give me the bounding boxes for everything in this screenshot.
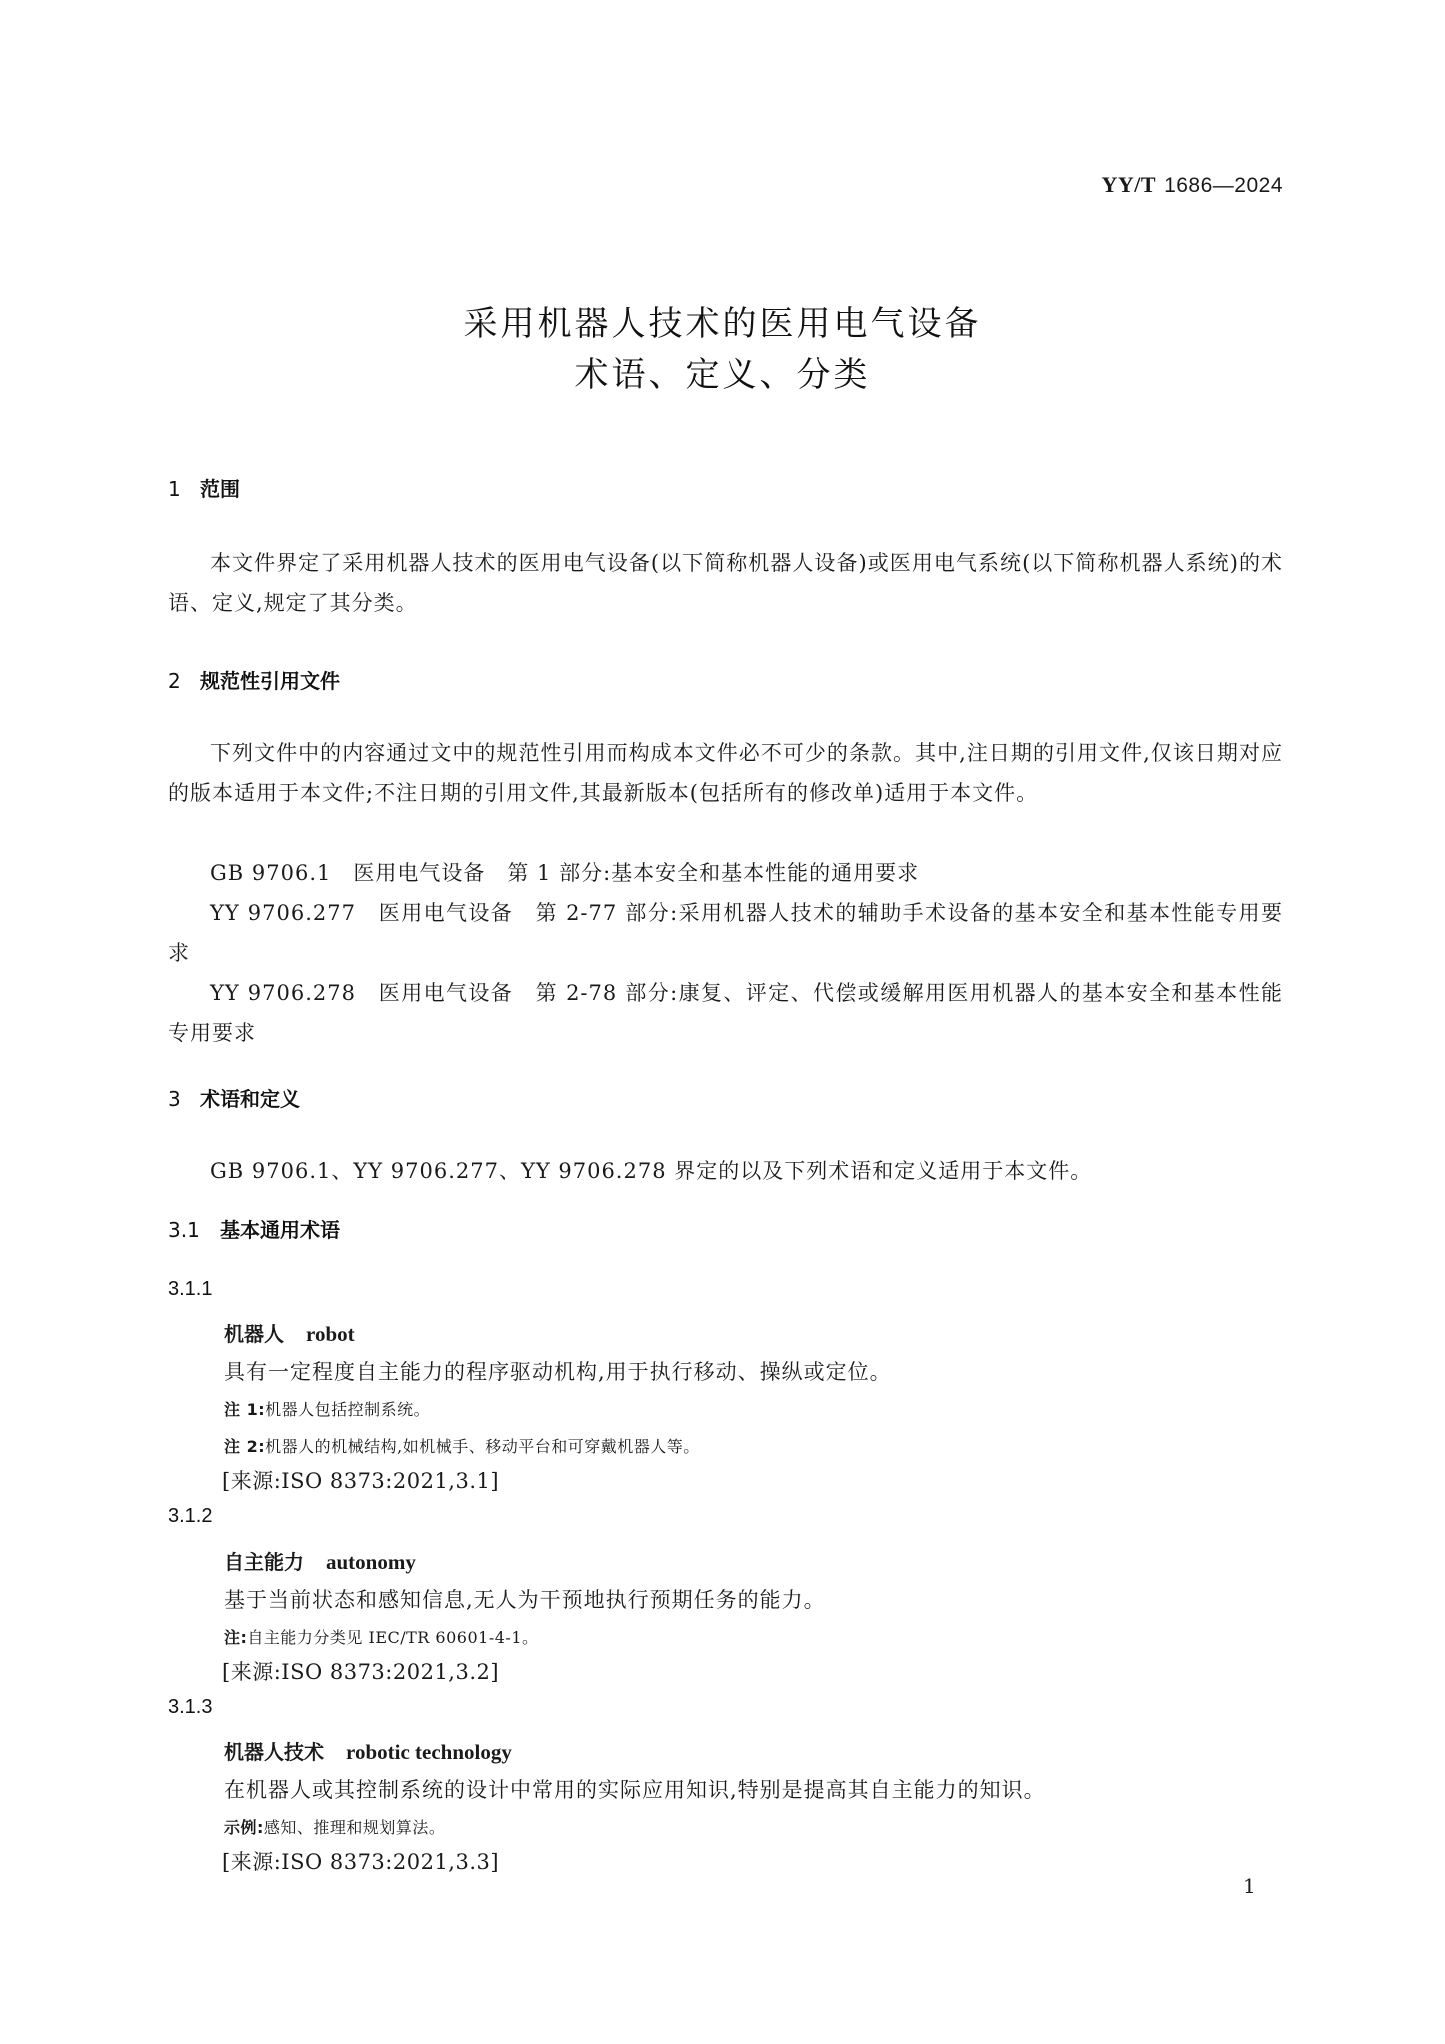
note-label: 注 1:	[224, 1400, 265, 1419]
term-note: 注 1:机器人包括控制系统。	[224, 1397, 430, 1420]
term-title: 机器人技术robotic technology	[224, 1736, 512, 1765]
document-page: YY/T1686—2024 采用机器人技术的医用电气设备 术语、定义、分类 1范…	[0, 0, 1445, 2044]
term-definition: 具有一定程度自主能力的程序驱动机构,用于执行移动、操纵或定位。	[224, 1356, 892, 1386]
term-number: 3.1.3	[168, 1696, 212, 1719]
term-source: [来源:ISO 8373:2021,3.1]	[222, 1465, 499, 1495]
terms-intro-paragraph: GB 9706.1、YY 9706.277、YY 9706.278 界定的以及下…	[168, 1151, 1283, 1191]
scope-paragraph: 本文件界定了采用机器人技术的医用电气设备(以下简称机器人设备)或医用电气系统(以…	[168, 543, 1283, 623]
section-number: 2	[168, 669, 200, 693]
note-text: 自主能力分类见 IEC/TR 60601-4-1。	[247, 1628, 538, 1647]
section-number: 3	[168, 1087, 200, 1111]
document-title: 采用机器人技术的医用电气设备	[0, 296, 1445, 345]
term-example: 示例:感知、推理和规划算法。	[224, 1815, 445, 1838]
references-paragraph: 下列文件中的内容通过文中的规范性引用而构成本文件必不可少的条款。其中,注日期的引…	[168, 733, 1283, 813]
term-title: 自主能力autonomy	[224, 1546, 416, 1575]
term-note: 注 2:机器人的机械结构,如机械手、移动平台和可穿戴机器人等。	[224, 1434, 700, 1457]
term-definition: 基于当前状态和感知信息,无人为干预地执行预期任务的能力。	[224, 1584, 826, 1614]
term-title: 机器人robot	[224, 1318, 355, 1347]
subsection-number: 3.1	[168, 1218, 220, 1242]
section-title: 规范性引用文件	[200, 669, 340, 693]
term-number: 3.1.2	[168, 1505, 212, 1528]
term-zh: 机器人	[224, 1322, 284, 1346]
example-label: 示例:	[224, 1818, 264, 1837]
standard-code: 1686—2024	[1164, 174, 1283, 197]
section-title: 范围	[200, 477, 240, 501]
note-label: 注:	[224, 1628, 247, 1647]
standard-number: YY/T1686—2024	[1102, 172, 1284, 198]
term-en: robot	[306, 1322, 355, 1346]
subsection-heading: 3.1基本通用术语	[168, 1214, 340, 1243]
reference-item: YY 9706.278 医用电气设备 第 2-78 部分:康复、评定、代偿或缓解…	[168, 973, 1283, 1053]
term-en: autonomy	[326, 1550, 416, 1574]
term-source: [来源:ISO 8373:2021,3.2]	[222, 1656, 499, 1686]
term-zh: 自主能力	[224, 1550, 304, 1574]
standard-prefix: YY/T	[1102, 172, 1157, 197]
term-source: [来源:ISO 8373:2021,3.3]	[222, 1846, 499, 1876]
subsection-title: 基本通用术语	[220, 1218, 340, 1242]
term-en: robotic technology	[346, 1740, 512, 1764]
term-definition: 在机器人或其控制系统的设计中常用的实际应用知识,特别是提高其自主能力的知识。	[224, 1774, 1046, 1804]
example-text: 感知、推理和规划算法。	[264, 1818, 446, 1837]
note-text: 机器人包括控制系统。	[265, 1400, 430, 1419]
term-note: 注:自主能力分类见 IEC/TR 60601-4-1。	[224, 1625, 539, 1648]
note-label: 注 2:	[224, 1437, 265, 1456]
reference-item: YY 9706.277 医用电气设备 第 2-77 部分:采用机器人技术的辅助手…	[168, 893, 1283, 973]
section-heading-scope: 1范围	[168, 473, 240, 502]
section-number: 1	[168, 477, 200, 501]
note-text: 机器人的机械结构,如机械手、移动平台和可穿戴机器人等。	[265, 1437, 700, 1456]
section-heading-terms: 3术语和定义	[168, 1083, 300, 1112]
document-subtitle: 术语、定义、分类	[0, 347, 1445, 396]
term-number: 3.1.1	[168, 1278, 212, 1301]
page-number: 1	[1243, 1874, 1256, 1898]
section-title: 术语和定义	[200, 1087, 300, 1111]
term-zh: 机器人技术	[224, 1740, 324, 1764]
reference-item: GB 9706.1 医用电气设备 第 1 部分:基本安全和基本性能的通用要求	[168, 853, 1283, 893]
section-heading-references: 2规范性引用文件	[168, 665, 340, 694]
